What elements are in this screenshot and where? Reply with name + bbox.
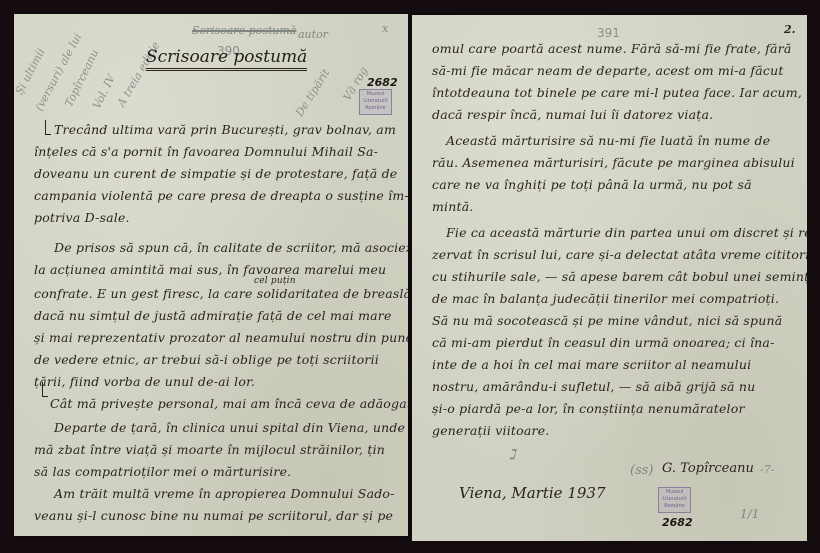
text-line: dacă nu simțul de justă admirație față d…: [34, 308, 392, 323]
text-line: potriva D-sale.: [34, 210, 130, 225]
text-line: de vedere etnic, ar trebui să-i oblige p…: [34, 352, 379, 367]
text-line: Trecând ultima vară prin București, grav…: [54, 122, 396, 137]
text-line: cu stihurile sale, — să apese barem cât …: [432, 269, 807, 284]
text-line: înțeles că s'a pornit în favoarea Domnul…: [34, 144, 378, 159]
letter-page-2: 391 2. omul care poartă acest nume. Fără…: [412, 15, 807, 541]
signature-prefix: (ss): [630, 463, 654, 478]
place-date: Viena, Martie 1937: [459, 484, 606, 502]
text-line: întotdeauna tot binele pe care mi-l pute…: [432, 85, 802, 100]
signature-suffix: -7-: [760, 463, 774, 476]
text-line: doveanu un curent de simpatie și de prot…: [34, 166, 397, 181]
text-line: inte de a hoi în cel mai mare scriitor a…: [432, 357, 751, 372]
text-line: Să nu mă socotească și pe mine vândut, n…: [432, 313, 782, 328]
text-line: Am trăit multă vreme în apropierea Domnu…: [54, 486, 395, 501]
interlinear-insert: cel puțin: [254, 276, 296, 286]
text-line: țării, fiind vorba de unul de-ai lor.: [34, 374, 255, 389]
text-line: Această mărturisire să nu-mi fie luată î…: [446, 133, 770, 148]
text-line: campania violentă pe care presa de dreap…: [34, 188, 408, 203]
text-line: că mi-am pierdut în ceasul din urmă onoa…: [432, 335, 775, 350]
text-line: mintă.: [432, 199, 474, 214]
text-line: Departe de țară, în clinica unui spital …: [54, 420, 405, 435]
text-line: de mac în balanța judecății tinerilor me…: [432, 291, 779, 306]
text-line: omul care poartă acest nume. Fără să-mi …: [432, 41, 792, 56]
text-line: nostru, amărându-i sufletul, — să aibă g…: [432, 379, 755, 394]
text-line: rău. Asemenea mărturisiri, făcute pe mar…: [432, 155, 795, 170]
author-signature: G. Topîrceanu: [662, 461, 754, 476]
text-line: Fie ca această mărturie din partea unui …: [446, 225, 807, 240]
text-line: Cât mă privește personal, mai am încă ce…: [50, 396, 408, 411]
text-line: dacă respir încă, numai lui îi datorez v…: [432, 107, 713, 122]
text-line: și mai reprezentativ prozator al neamulu…: [34, 330, 408, 345]
text-line: De prisos să spun că, în calitate de scr…: [54, 240, 408, 255]
text-line: generații viitoare.: [432, 423, 549, 438]
text-line: zervat în scrisul lui, care și-a delecta…: [432, 247, 807, 262]
pencil-mark: ℷ: [509, 447, 516, 463]
text-line: la acțiunea amintită mai sus, în favoare…: [34, 262, 386, 277]
folio-mark: 1/1: [740, 507, 759, 521]
text-line: și-o piardă pe-a lor, în conștiința nenu…: [432, 401, 745, 416]
archive-stamp: Muzeul Literaturii Române: [658, 487, 691, 513]
text-line: să-mi fie măcar neam de departe, acest o…: [432, 63, 784, 78]
letter-page-1: Și ultimii (versuri) ale lui Topîrceanu …: [14, 14, 408, 536]
text-line: confrate. E un gest firesc, la care soli…: [34, 286, 408, 301]
text-line: care ne va înghiți pe toți până la urmă,…: [432, 177, 752, 192]
letter-body-left: Trecând ultima vară prin București, grav…: [14, 14, 408, 536]
inventory-number: 2682: [662, 516, 693, 529]
text-line: mă zbat între viață și moarte în mijlocu…: [34, 442, 385, 457]
text-line: veanu și-l cunosc bine nu numai pe scrii…: [34, 508, 393, 523]
text-line: să las compatrioților mei o mărturisire.: [34, 464, 291, 479]
